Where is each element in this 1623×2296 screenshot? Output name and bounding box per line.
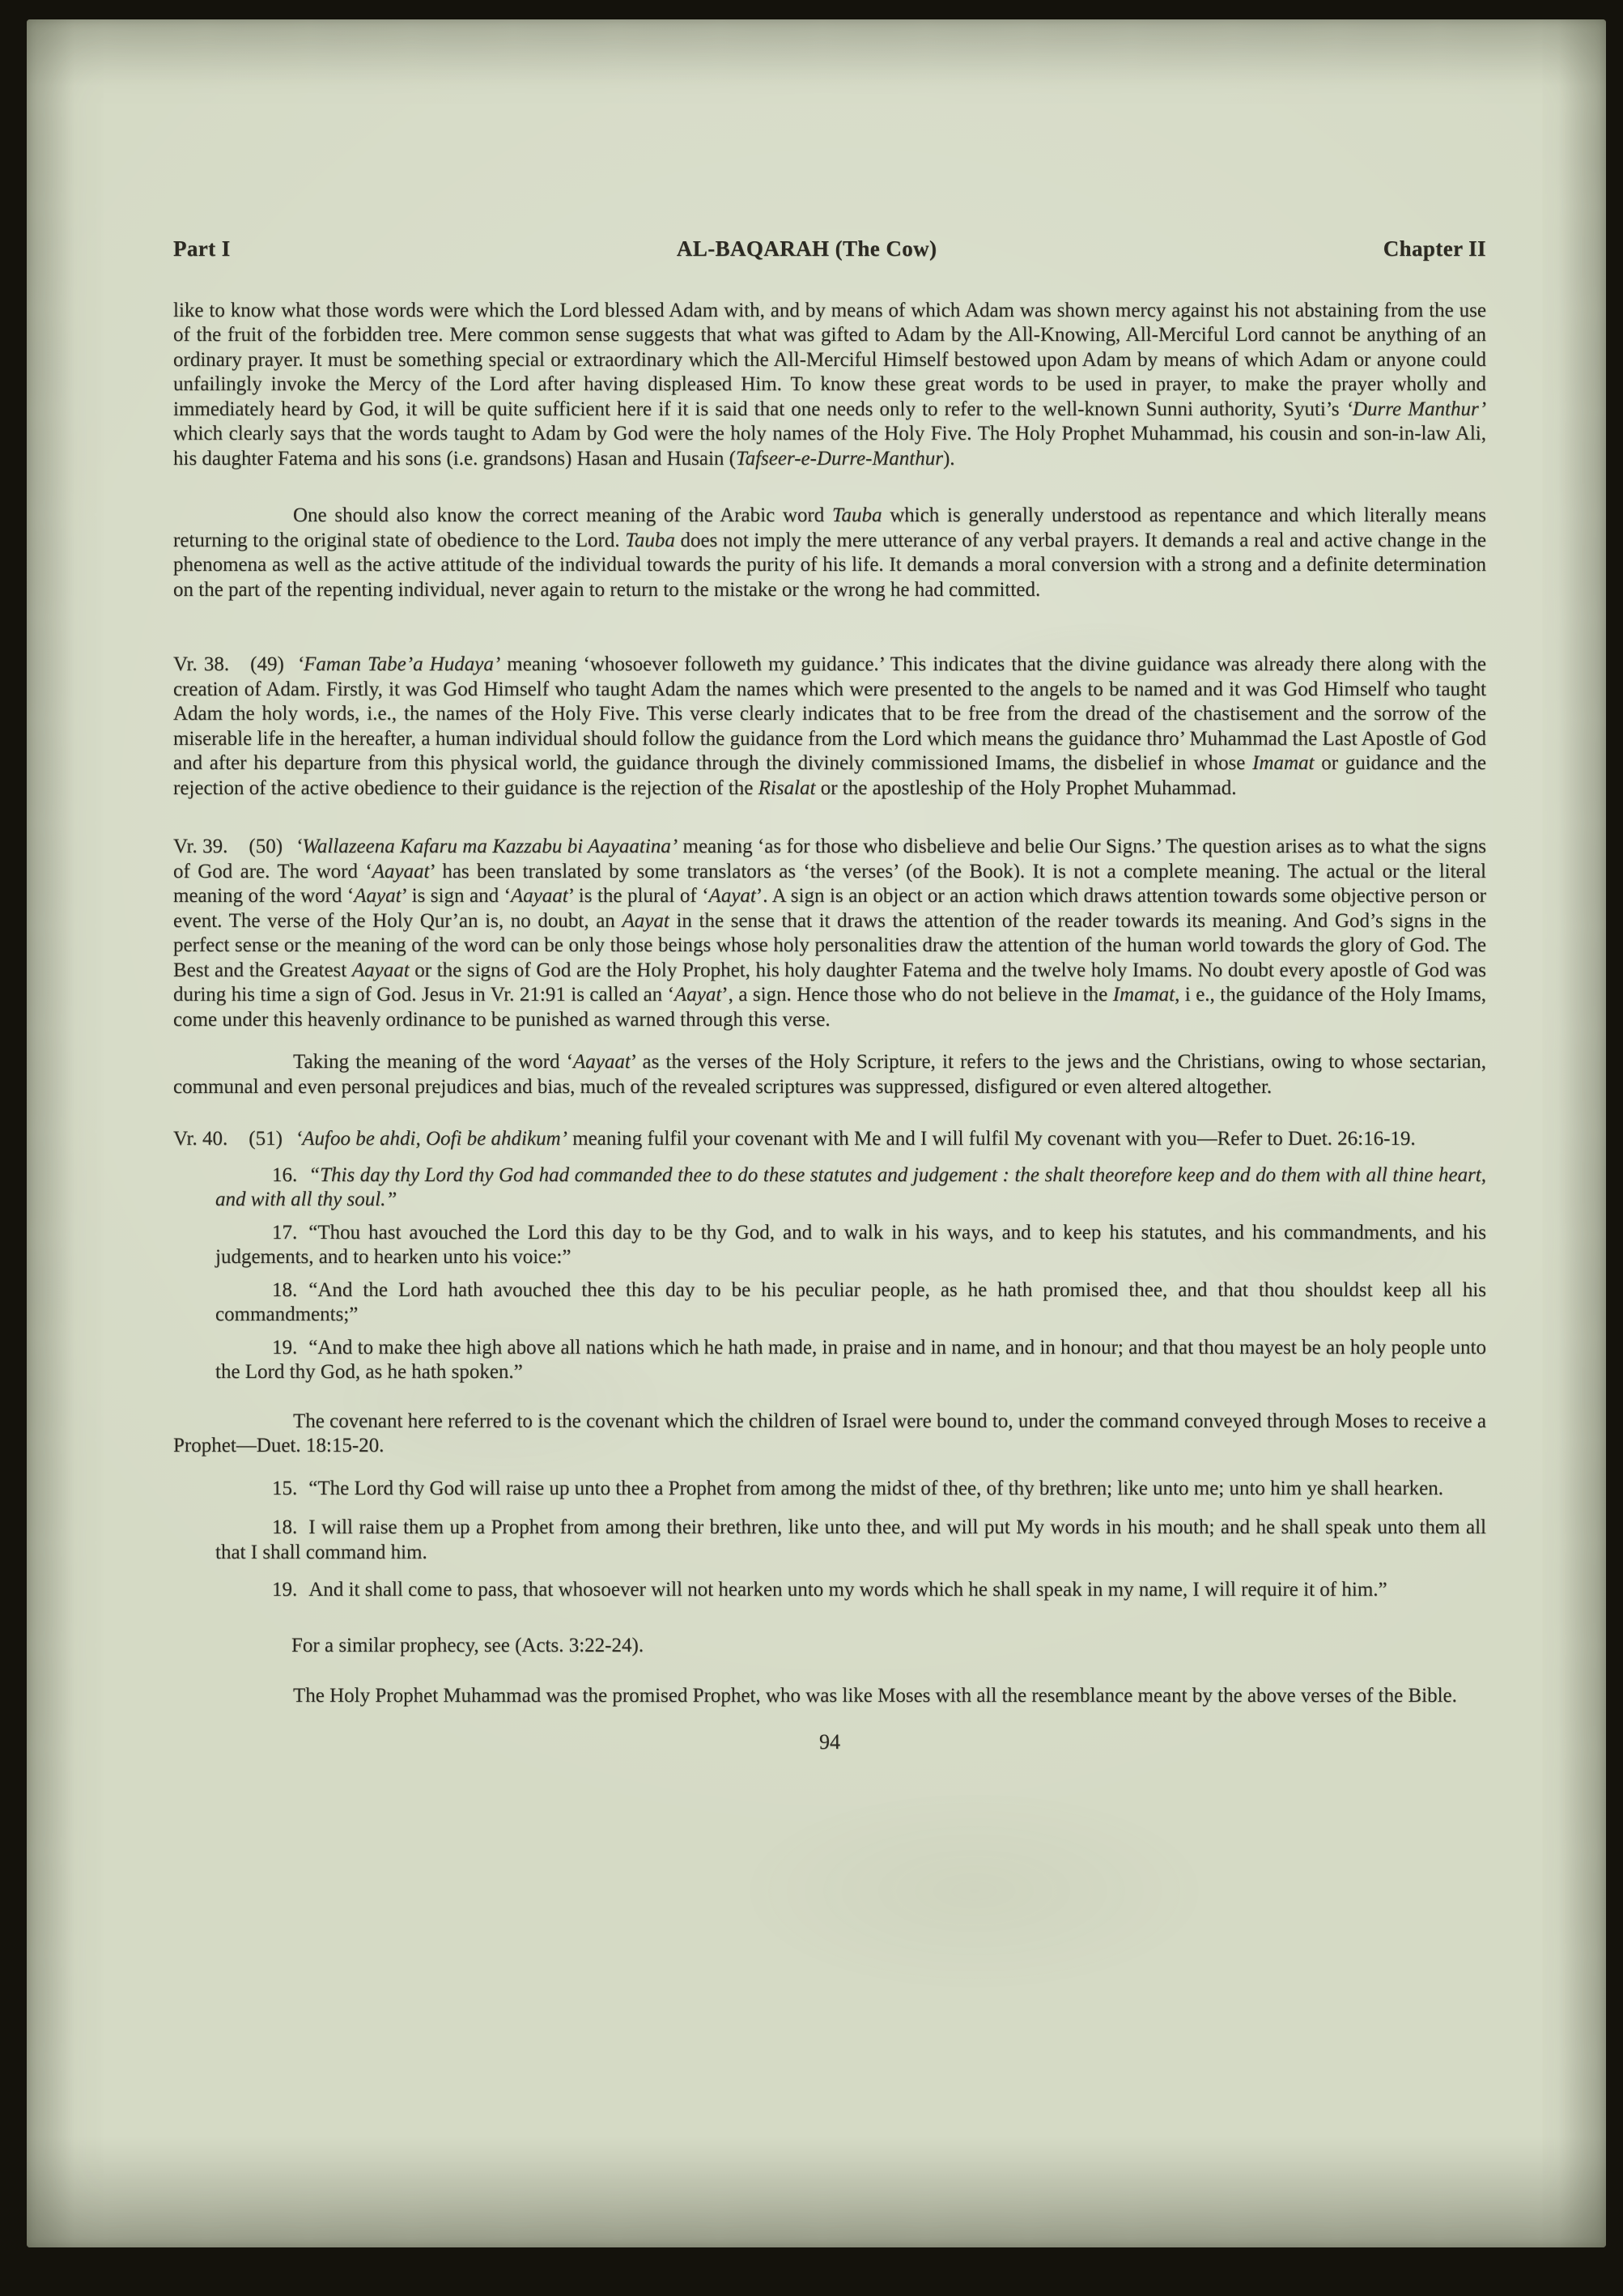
quote-text: “This day thy Lord thy God had commanded… [215, 1164, 1486, 1211]
italic-term: Aayaat [352, 959, 410, 981]
acts-reference-line: For a similar prophecy, see (Acts. 3:22-… [173, 1634, 1486, 1659]
verse-38-commentary: Vr. 38.(49)‘Faman Tabe’a Hudaya’ meaning… [173, 653, 1486, 801]
quote-item: 16.“This day thy Lord thy God had comman… [215, 1163, 1486, 1213]
italic-term: Tauba [832, 504, 882, 526]
header-book-title: AL-BAQARAH (The Cow) [677, 236, 937, 261]
verse-label: Vr. 39. [173, 835, 227, 857]
quote-text: “And the Lord hath avouched thee this da… [215, 1279, 1486, 1326]
text-run: or the apostleship of the Holy Prophet M… [815, 777, 1236, 799]
quote-item: 19.And it shall come to pass, that whoso… [215, 1578, 1486, 1603]
quote-number: 18. [272, 1279, 297, 1301]
transliteration-italic: ‘Aufoo be ahdi, Oofi be ahdikum’ [295, 1128, 567, 1150]
text-run: The Holy Prophet Muhammad was the promis… [293, 1685, 1457, 1707]
quote-item: 18.I will raise them up a Prophet from a… [215, 1516, 1486, 1565]
revelation-number: (50) [249, 835, 283, 857]
quote-item: 17.“Thou hast avouched the Lord this day… [215, 1221, 1486, 1270]
text-run: meaning fulfil your covenant with Me and… [567, 1128, 1416, 1150]
italic-term: Aayat [354, 885, 401, 907]
verse-40-commentary: Vr. 40.(51)‘Aufoo be ahdi, Oofi be ahdik… [173, 1127, 1486, 1152]
quote-text: I will raise them up a Prophet from amon… [215, 1516, 1486, 1563]
quote-list-deut18: 15.“The Lord thy God will raise up unto … [173, 1477, 1486, 1603]
italic-term: Tauba [625, 529, 675, 551]
quote-text: “Thou hast avouched the Lord this day to… [215, 1222, 1486, 1269]
quote-list-deut26: 16.“This day thy Lord thy God had comman… [173, 1163, 1486, 1385]
italic-term: Aayaat [573, 1051, 631, 1073]
paragraph-tauba: One should also know the correct meaning… [173, 504, 1486, 602]
verse-label: Vr. 40. [173, 1128, 227, 1150]
revelation-number: (51) [249, 1128, 283, 1150]
text-run: The covenant here referred to is the cov… [173, 1410, 1486, 1457]
page-paper: Part I AL-BAQARAH (The Cow) Chapter II l… [27, 19, 1606, 2247]
italic-term: Aayaat [511, 885, 568, 907]
italic-term: Aayat [622, 910, 669, 932]
header-chapter-label: Chapter II [1383, 236, 1486, 261]
italic-term: Aayaat [372, 861, 430, 882]
quote-number: 15. [272, 1478, 297, 1499]
quote-text: “The Lord thy God will raise up unto the… [308, 1478, 1443, 1499]
quote-item: 15.“The Lord thy God will raise up unto … [215, 1477, 1486, 1502]
verse-label: Vr. 38. [173, 653, 229, 675]
paragraph-aayaat-scriptures: Taking the meaning of the word ‘Aayaat’ … [173, 1050, 1486, 1099]
quote-text: And it shall come to pass, that whosoeve… [308, 1579, 1387, 1601]
text-run: ’ is the plural of ‘ [568, 885, 709, 907]
quote-number: 18. [272, 1516, 297, 1538]
transliteration-italic: ‘Faman Tabe’a Hudaya’ [297, 653, 500, 675]
running-header: Part I AL-BAQARAH (The Cow) Chapter II [173, 236, 1486, 261]
text-run: ’, a sign. Hence those who do not believ… [721, 984, 1112, 1006]
text-run: ’ is sign and ‘ [402, 885, 511, 907]
transliteration-italic: ‘Wallazeena Kafaru ma Kazzabu bi Aayaati… [295, 835, 678, 857]
header-part-label: Part I [173, 236, 231, 261]
quote-number: 16. [272, 1164, 297, 1186]
text-run: Taking the meaning of the word ‘ [293, 1051, 573, 1073]
italic-term: Aayat [709, 885, 756, 907]
text-run: For a similar prophecy, see (Acts. 3:22-… [291, 1635, 644, 1656]
italic-term: Risalat [758, 777, 816, 799]
text-block: Part I AL-BAQARAH (The Cow) Chapter II l… [173, 236, 1486, 1754]
page-number: 94 [173, 1730, 1486, 1755]
text-run: like to know what those words were which… [173, 300, 1486, 420]
italic-term: Aayat [674, 984, 721, 1006]
text-run: One should also know the correct meaning… [293, 504, 832, 526]
paragraph-covenant: The covenant here referred to is the cov… [173, 1409, 1486, 1459]
italic-term: ‘Durre Manthur’ [1346, 398, 1486, 420]
italic-term: Tafseer-e-Durre-Manthur [736, 448, 943, 470]
scanned-book-page: { "header": { "part": "Part I", "title":… [0, 0, 1623, 2296]
verse-39-commentary: Vr. 39.(50)‘Wallazeena Kafaru ma Kazzabu… [173, 835, 1486, 1032]
italic-term: Imamat [1113, 984, 1175, 1006]
quote-number: 17. [272, 1222, 297, 1244]
italic-term: Imamat [1252, 752, 1314, 774]
quote-number: 19. [272, 1337, 297, 1358]
quote-item: 19.“And to make thee high above all nati… [215, 1336, 1486, 1385]
quote-item: 18.“And the Lord hath avouched thee this… [215, 1278, 1486, 1328]
revelation-number: (49) [250, 653, 284, 675]
paragraph-closing: The Holy Prophet Muhammad was the promis… [173, 1684, 1486, 1709]
paragraph-continuation: like to know what those words were which… [173, 299, 1486, 472]
quote-number: 19. [272, 1579, 297, 1601]
text-run: ). [943, 448, 955, 470]
quote-text: “And to make thee high above all nations… [215, 1337, 1486, 1384]
